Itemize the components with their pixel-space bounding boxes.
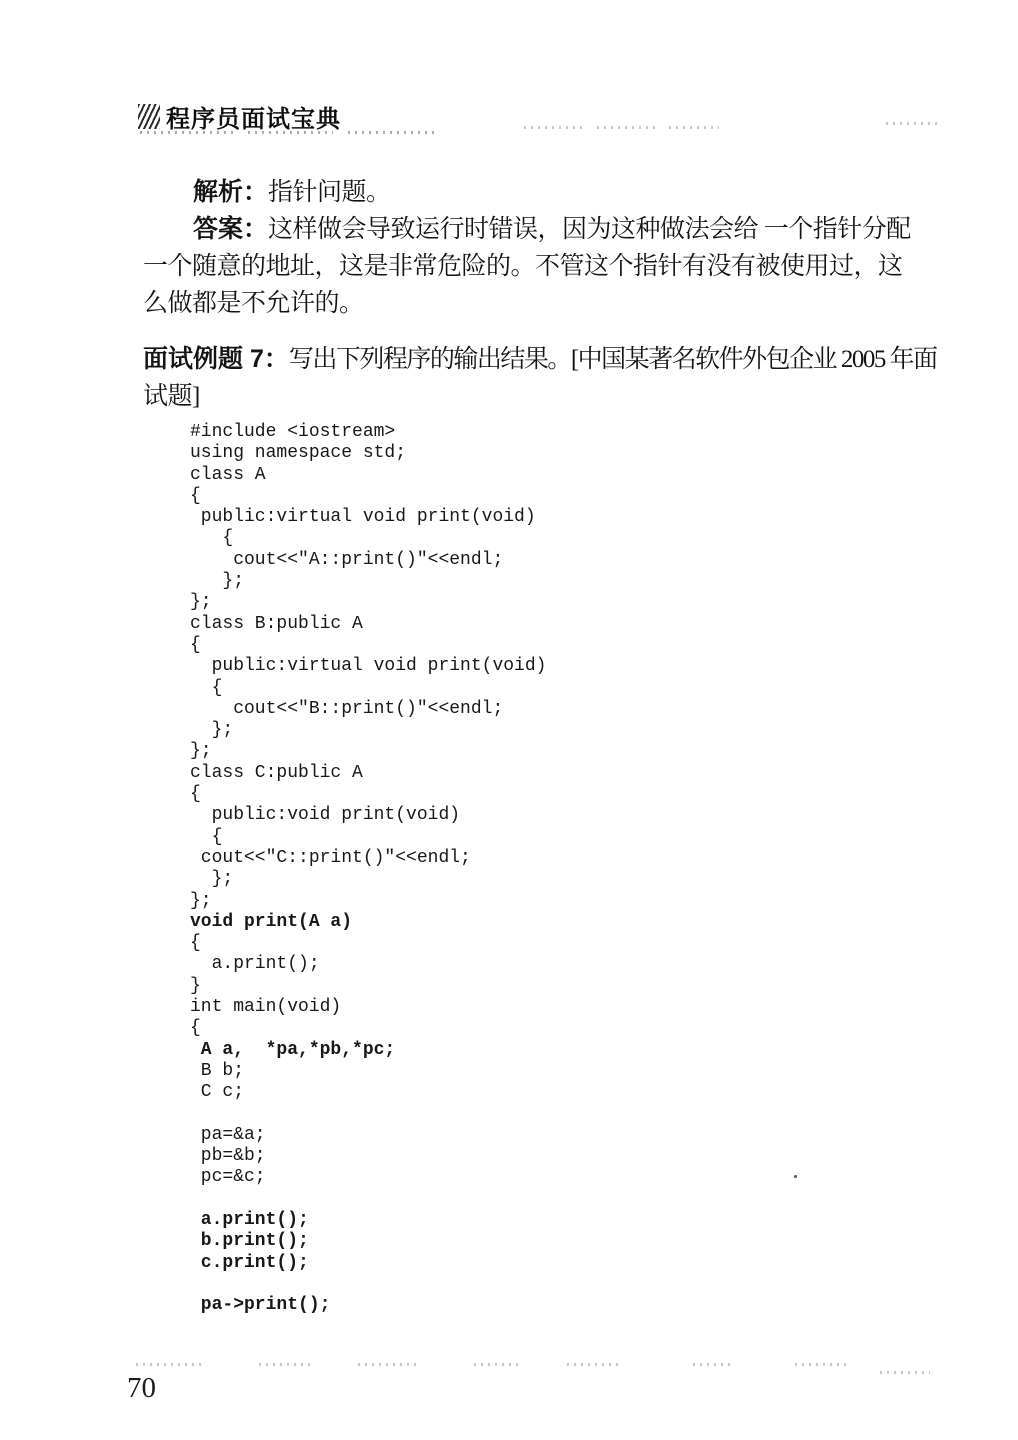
code-line: }; bbox=[190, 571, 546, 592]
header-rule-segment bbox=[669, 126, 719, 129]
header-rule-segment bbox=[886, 122, 938, 125]
code-line bbox=[190, 1104, 546, 1125]
footer-rule-segment bbox=[880, 1371, 930, 1374]
code-line: #include <iostream> bbox=[190, 422, 546, 443]
header-rule-segment bbox=[248, 131, 333, 134]
code-line: { bbox=[190, 827, 546, 848]
code-line: pb=&b; bbox=[190, 1146, 546, 1167]
code-line: int main(void) bbox=[190, 997, 546, 1018]
page-header: 程序员面试宝典 bbox=[138, 99, 341, 134]
code-line: c.print(); bbox=[190, 1253, 546, 1274]
header-rule-segment bbox=[597, 126, 659, 129]
answer-line-1: 答案：这样做会导致运行时错误，因为这种做法会给 一个指针分配 bbox=[143, 211, 943, 248]
code-line: b.print(); bbox=[190, 1231, 546, 1252]
code-line: { bbox=[190, 635, 546, 656]
example-heading-line-1: 面试例题 7：写出下列程序的输出结果。[中国某著名软件外包企业 2005 年面 bbox=[143, 341, 943, 378]
code-line: }; bbox=[190, 869, 546, 890]
code-line: }; bbox=[190, 720, 546, 741]
code-line: cout<<"B::print()"<<endl; bbox=[190, 699, 546, 720]
code-line: { bbox=[190, 784, 546, 805]
example-heading-line-2: 试题] bbox=[143, 378, 943, 415]
code-line: { bbox=[190, 1018, 546, 1039]
code-line: }; bbox=[190, 741, 546, 762]
code-line: B b; bbox=[190, 1061, 546, 1082]
code-line: A a, *pa,*pb,*pc; bbox=[190, 1040, 546, 1061]
code-line: cout<<"C::print()"<<endl; bbox=[190, 848, 546, 869]
code-line bbox=[190, 1274, 546, 1295]
footer-rule-segment bbox=[693, 1363, 734, 1366]
code-line: }; bbox=[190, 592, 546, 613]
code-line: public:void print(void) bbox=[190, 805, 546, 826]
header-rule-segment bbox=[140, 131, 235, 134]
answer-line-2: 一个随意的地址，这是非常危险的。不管这个指针有没有被使用过，这 bbox=[143, 248, 943, 285]
code-line: } bbox=[190, 976, 546, 997]
code-line: class A bbox=[190, 465, 546, 486]
code-line: using namespace std; bbox=[190, 443, 546, 464]
code-line: pa=&a; bbox=[190, 1125, 546, 1146]
answer-line-3: 么做都是不允许的。 bbox=[143, 285, 943, 322]
header-rule-segment bbox=[348, 131, 438, 134]
code-line: { bbox=[190, 678, 546, 699]
example-label: 面试例题 7： bbox=[143, 345, 289, 373]
stray-mark bbox=[794, 1175, 797, 1178]
analysis-label: 解析： bbox=[193, 178, 268, 206]
code-line: public:virtual void print(void) bbox=[190, 656, 546, 677]
body-text: 解析：指针问题。 答案：这样做会导致运行时错误，因为这种做法会给 一个指针分配 … bbox=[143, 174, 943, 415]
answer-text-1: 这样做会导致运行时错误，因为这种做法会给 一个指针分配 bbox=[268, 216, 911, 243]
code-line: a.print(); bbox=[190, 1210, 546, 1231]
code-line bbox=[190, 1189, 546, 1210]
code-line: class C:public A bbox=[190, 763, 546, 784]
footer-rule-segment bbox=[358, 1363, 419, 1366]
code-line: cout<<"A::print()"<<endl; bbox=[190, 550, 546, 571]
analysis-paragraph: 解析：指针问题。 bbox=[143, 174, 943, 211]
code-line: { bbox=[190, 486, 546, 507]
code-line: public:virtual void print(void) bbox=[190, 507, 546, 528]
footer-rule-segment bbox=[259, 1363, 312, 1366]
code-line: pa->print(); bbox=[190, 1295, 546, 1316]
book-page: 程序员面试宝典 解析：指针问题。 答案：这样做会导致运行时错误，因为这种做法会给… bbox=[0, 0, 1018, 1440]
footer-rule-segment bbox=[567, 1363, 622, 1366]
footer-rule-segment bbox=[136, 1363, 204, 1366]
code-line: }; bbox=[190, 891, 546, 912]
book-title: 程序员面试宝典 bbox=[166, 99, 341, 134]
footer-rule-segment bbox=[474, 1363, 523, 1366]
code-line: pc=&c; bbox=[190, 1167, 546, 1188]
code-line: { bbox=[190, 528, 546, 549]
answer-label: 答案： bbox=[193, 215, 268, 243]
code-line: { bbox=[190, 933, 546, 954]
code-line: void print(A a) bbox=[190, 912, 546, 933]
code-line: class B:public A bbox=[190, 614, 546, 635]
ornament-icon bbox=[138, 104, 160, 129]
page-number: 70 bbox=[127, 1372, 156, 1405]
code-line: a.print(); bbox=[190, 954, 546, 975]
code-line: C c; bbox=[190, 1082, 546, 1103]
code-block: #include <iostream>using namespace std;c… bbox=[190, 422, 546, 1316]
analysis-text: 指针问题。 bbox=[268, 179, 391, 206]
header-rule-segment bbox=[524, 126, 586, 129]
footer-rule-segment bbox=[795, 1363, 847, 1366]
example-text-1: 写出下列程序的输出结果。[中国某著名软件外包企业 2005 年面 bbox=[289, 346, 937, 373]
